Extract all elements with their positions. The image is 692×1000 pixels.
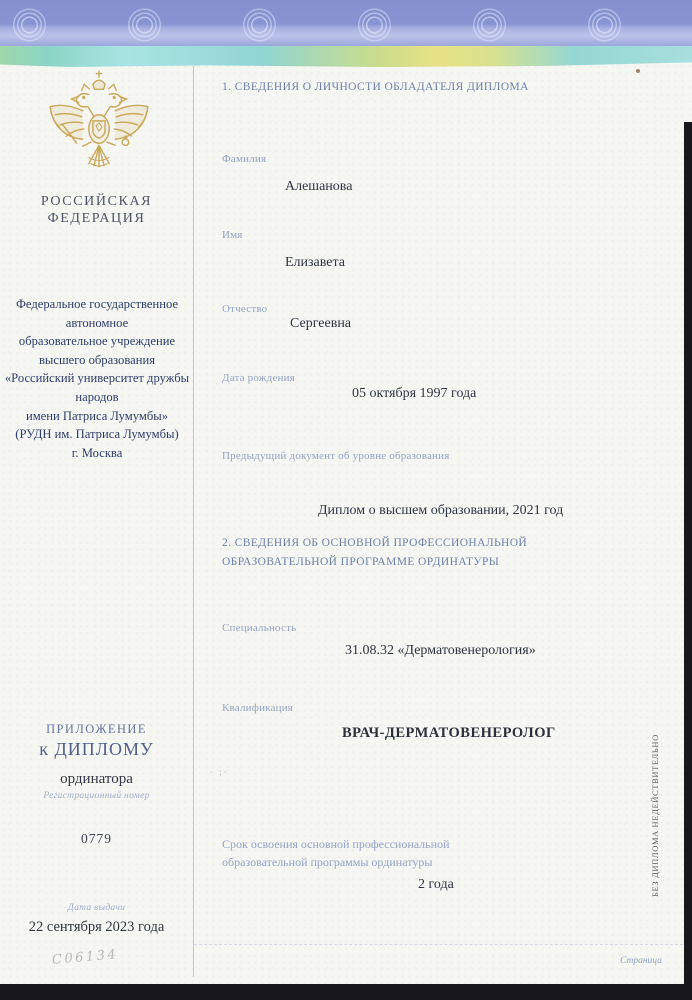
section2-title: 2. СВЕДЕНИЯ ОБ ОСНОВНОЙ ПРОФЕССИОНАЛЬНОЙ… — [222, 534, 662, 572]
doc-subtype: ординатора — [0, 771, 193, 788]
duration-label: Срок освоения основной профессиональной … — [222, 835, 542, 871]
given-name-value: Елизавета — [285, 255, 345, 271]
doc-type-title: ПРИЛОЖЕНИЕ — [0, 722, 193, 737]
patronymic-label: Отчество — [222, 303, 267, 315]
scan-edge-bottom — [0, 984, 692, 1000]
birth-date-label: Дата рождения — [222, 372, 295, 384]
russia-coat-of-arms-icon — [38, 68, 160, 190]
birth-date-value: 05 октября 1997 года — [352, 386, 476, 402]
institution-line: (РУДН им. Патриса Лумумбы) — [2, 425, 192, 444]
section1-title: 1. СВЕДЕНИЯ О ЛИЧНОСТИ ОБЛАДАТЕЛЯ ДИПЛОМ… — [222, 78, 662, 97]
institution-line: автономное — [2, 314, 192, 333]
reg-number-value: 0779 — [0, 831, 193, 847]
institution-line: образовательное учреждение — [2, 332, 192, 351]
surname-value: Алешанова — [285, 179, 352, 195]
institution-line: г. Москва — [2, 444, 192, 463]
scan-edge-right — [684, 122, 692, 1000]
issue-date-label: Дата выдачи — [0, 903, 193, 913]
column-divider-line — [193, 66, 194, 977]
page-label: Страница — [620, 956, 662, 966]
specialty-label: Специальность — [222, 622, 296, 634]
pencil-mark: · ;· — [210, 767, 229, 777]
reg-number-label: Регистрационный номер — [0, 791, 193, 801]
section2-title-line2: ОБРАЗОВАТЕЛЬНОЙ ПРОГРАММЕ ОРДИНАТУРЫ — [222, 553, 662, 572]
document-page: РОССИЙСКАЯ ФЕДЕРАЦИЯ Федеральное государ… — [0, 0, 692, 1000]
institution-line: высшего образования — [2, 351, 192, 370]
qualification-label: Квалификация — [222, 702, 293, 714]
handwritten-mark: С06134 — [51, 947, 118, 968]
institution-line: имени Патриса Лумумбы» — [2, 407, 192, 426]
institution-line: «Российский университет дружбы — [2, 369, 192, 388]
surname-label: Фамилия — [222, 153, 266, 165]
scan-speck — [636, 69, 640, 73]
section2-title-line1: 2. СВЕДЕНИЯ ОБ ОСНОВНОЙ ПРОФЕССИОНАЛЬНОЙ — [222, 534, 662, 553]
guilloche-band-teal — [0, 46, 692, 67]
qualification-value: ВРАЧ-ДЕРМАТОВЕНЕРОЛОГ — [342, 725, 556, 742]
patronymic-value: Сергеевна — [290, 316, 351, 332]
previous-document-value: Диплом о высшем образовании, 2021 год — [318, 503, 563, 519]
previous-document-label: Предыдущий документ об уровне образовани… — [222, 450, 652, 462]
institution-name: Федеральное государственное автономное о… — [2, 295, 192, 462]
country-name: РОССИЙСКАЯ ФЕДЕРАЦИЯ — [0, 193, 193, 227]
duration-label-line1: Срок освоения основной профессиональной — [222, 835, 542, 853]
guilloche-band-blue — [0, 0, 692, 46]
stamp-area-dashed-line — [194, 944, 683, 945]
invalid-without-diploma-note: БЕЗ ДИПЛОМА НЕДЕЙСТВИТЕЛЬНО — [650, 737, 660, 897]
duration-value: 2 года — [418, 877, 454, 893]
duration-label-line2: образовательной программы ординатуры — [222, 853, 542, 871]
specialty-value: 31.08.32 «Дерматовенерология» — [345, 643, 536, 659]
doc-type-subtitle: к ДИПЛОМУ — [0, 739, 193, 760]
institution-line: Федеральное государственное — [2, 295, 192, 314]
given-name-label: Имя — [222, 229, 243, 241]
country-name-line1: РОССИЙСКАЯ — [0, 193, 193, 210]
country-name-line2: ФЕДЕРАЦИЯ — [0, 210, 193, 227]
institution-line: народов — [2, 388, 192, 407]
issue-date-value: 22 сентября 2023 года — [0, 919, 193, 936]
